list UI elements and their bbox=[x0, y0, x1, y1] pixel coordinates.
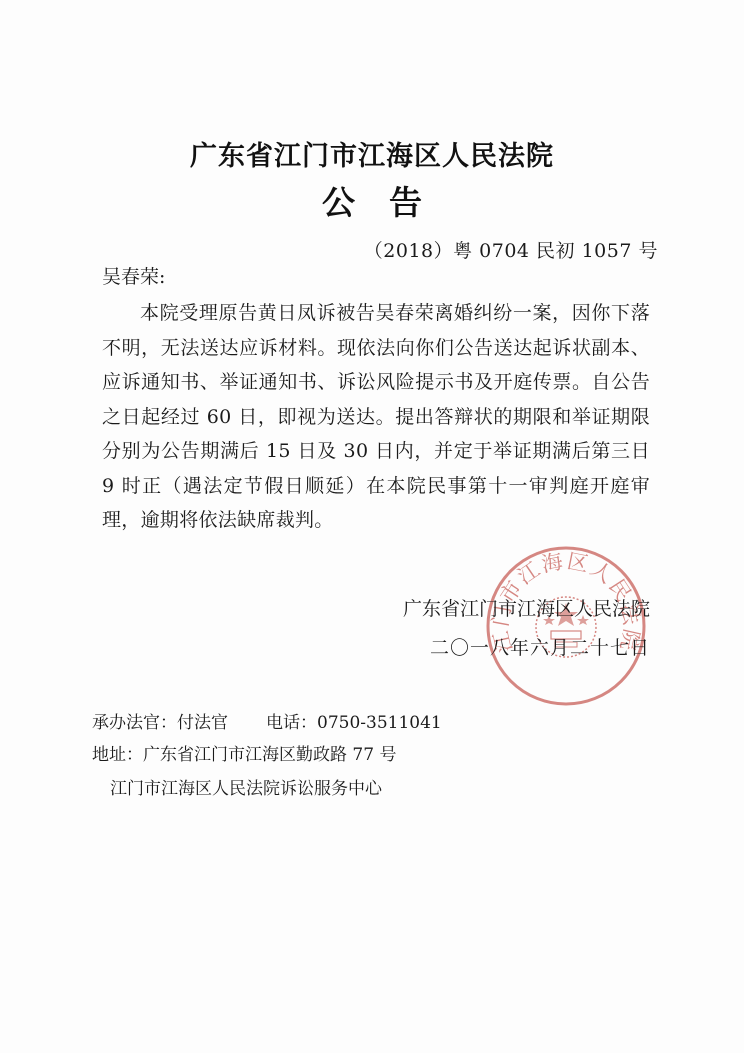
address-value: 广东省江门市江海区勤政路 77 号 bbox=[143, 745, 396, 765]
phone-label: 电话： bbox=[266, 713, 317, 733]
footer-judge-line: 承办法官：付法官电话：0750-3511041 bbox=[92, 708, 442, 733]
footer-service-center: 江门市江海区人民法院诉讼服务中心 bbox=[110, 774, 382, 799]
phone-number: 0750-3511041 bbox=[317, 713, 442, 733]
court-title: 广东省江门市江海区人民法院 bbox=[0, 134, 744, 173]
addressee: 吴春荣: bbox=[102, 262, 165, 289]
judge-name: 付法官 bbox=[177, 713, 228, 733]
judge-label: 承办法官： bbox=[92, 713, 177, 733]
court-seal-icon: 江门市江海区人民法院 bbox=[485, 545, 647, 707]
document-type-heading: 公告 bbox=[0, 177, 744, 224]
document-page: 广东省江门市江海区人民法院 公告 （2018）粤 0704 民初 1057 号 … bbox=[0, 0, 744, 1053]
address-label: 地址： bbox=[92, 745, 143, 765]
notice-body-paragraph: 本院受理原告黄日凤诉被告吴春荣离婚纠纷一案，因你下落不明，无法送达应诉材料。现依… bbox=[102, 296, 650, 538]
case-number: （2018）粤 0704 民初 1057 号 bbox=[364, 236, 658, 263]
signature-court-name: 广东省江门市江海区人民法院 bbox=[403, 594, 650, 621]
signature-date: 二〇一八年六月二十七日 bbox=[430, 633, 650, 660]
footer-address-line: 地址：广东省江门市江海区勤政路 77 号 bbox=[92, 740, 396, 765]
